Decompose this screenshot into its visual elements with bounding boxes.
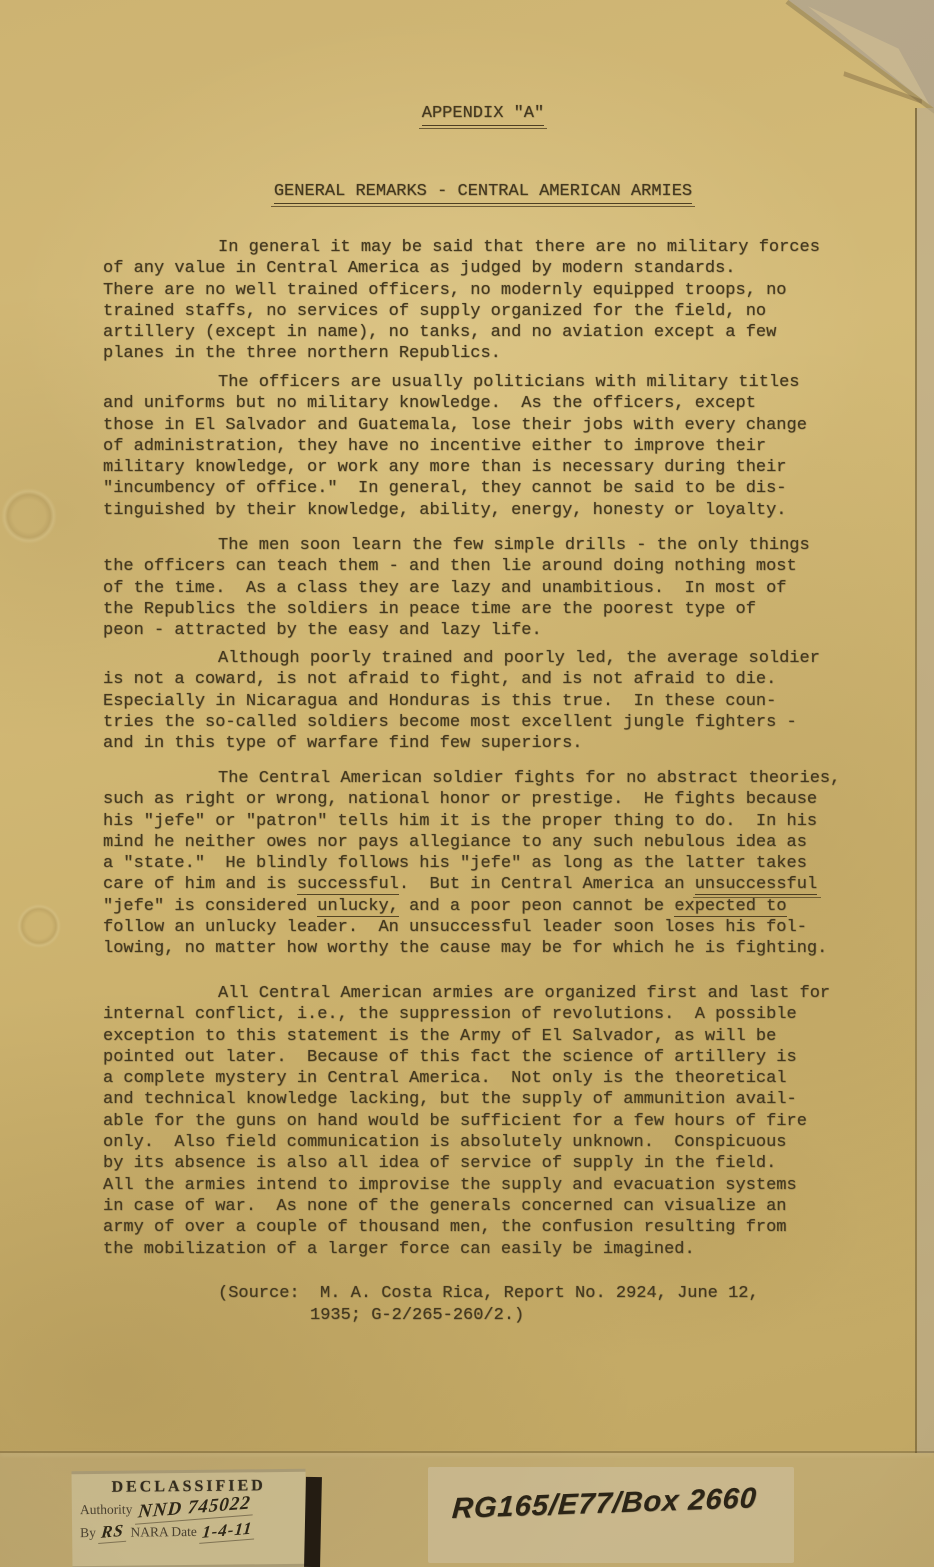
- section-heading-text: GENERAL REMARKS - CENTRAL AMERICAN ARMIE…: [274, 182, 692, 201]
- authority-label: Authority: [80, 1502, 133, 1518]
- archive-reference-label: RG165/E77/Box 2660: [428, 1467, 794, 1563]
- appendix-title: APPENDIX "A": [103, 103, 863, 126]
- page-edge: [915, 108, 917, 1453]
- appendix-title-text: APPENDIX "A": [422, 104, 544, 123]
- by-label: By: [80, 1525, 96, 1540]
- underlined-word: successful: [297, 875, 399, 895]
- paragraph-5-text: "jefe" is considered: [103, 897, 317, 916]
- archive-annotation: RG165/E77/Box 2660: [451, 1481, 795, 1526]
- punch-hole: [0, 487, 58, 545]
- source-citation-line-2: 1935; G-2/265-260/2.): [310, 1305, 524, 1326]
- section-heading: GENERAL REMARKS - CENTRAL AMERICAN ARMIE…: [103, 181, 863, 204]
- paragraph-5-text: follow an unlucky leader. An unsuccessfu…: [103, 918, 827, 958]
- paragraph-3: The men soon learn the few simple drills…: [103, 535, 861, 641]
- declassified-stamp-title: DECLASSIFIED: [72, 1477, 306, 1497]
- by-value: RS: [98, 1521, 128, 1544]
- page-edge-backdrop: [917, 108, 934, 1453]
- paragraph-5: The Central American soldier fights for …: [103, 768, 861, 960]
- underlined-word: unlucky,: [317, 897, 399, 917]
- paragraph-5-text: . But in Central America an: [399, 875, 695, 894]
- nara-date-label: NARA Date: [130, 1524, 197, 1540]
- document-page: APPENDIX "A" GENERAL REMARKS - CENTRAL A…: [0, 0, 934, 1567]
- paragraph-4: Although poorly trained and poorly led, …: [103, 648, 861, 754]
- declassified-stamp: DECLASSIFIED Authority NND 745022 By RS …: [71, 1469, 306, 1567]
- sheet-edge: [0, 1451, 934, 1453]
- paragraph-1: In general it may be said that there are…: [103, 237, 861, 365]
- authority-row: Authority NND 745022: [80, 1496, 306, 1521]
- nara-date-row: By RS NARA Date 1-4-11: [80, 1520, 306, 1543]
- tape-bar: [304, 1477, 322, 1567]
- underlined-word: expected to: [674, 897, 786, 917]
- nara-date-value: 1-4-11: [199, 1518, 256, 1544]
- paragraph-6: All Central American armies are organize…: [103, 983, 861, 1260]
- punch-hole: [16, 903, 62, 949]
- source-citation-line-1: (Source: M. A. Costa Rica, Report No. 29…: [218, 1283, 759, 1304]
- paragraph-2: The officers are usually politicians wit…: [103, 372, 861, 521]
- underlined-word: unsuccessful: [695, 875, 817, 895]
- paragraph-5-text: and a poor peon cannot be: [399, 897, 674, 916]
